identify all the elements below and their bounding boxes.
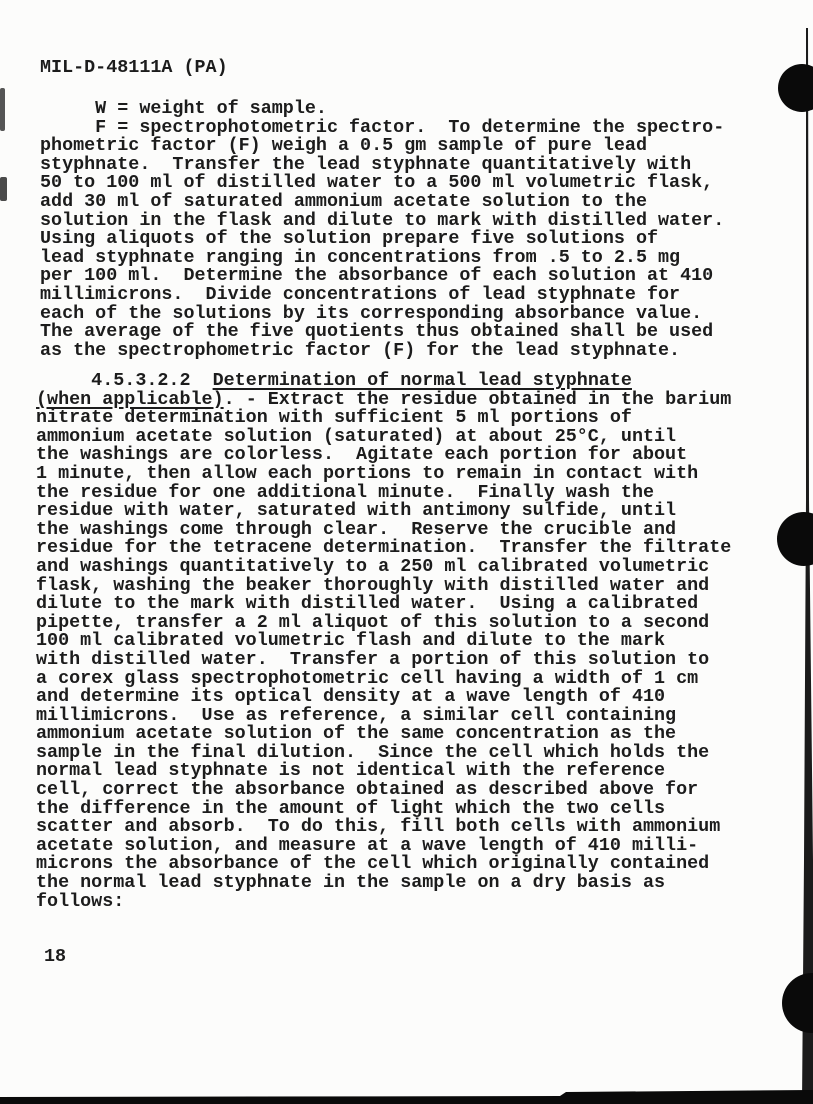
left-edge-mark-upper xyxy=(0,88,5,131)
page-edge-line xyxy=(802,28,813,1104)
left-edge-mark-lower xyxy=(0,177,7,201)
definitions-paragraph: W = weight of sample. F = spectrophotome… xyxy=(40,100,724,360)
section-body-text: . - Extract the residue obtained in the … xyxy=(36,389,731,912)
scanned-document-page: MIL-D-48111A (PA) W = weight of sample. … xyxy=(0,0,813,1104)
binder-hole-bottom-icon xyxy=(782,973,813,1033)
doc-number-header: MIL-D-48111A (PA) xyxy=(40,59,228,78)
bottom-scan-bar xyxy=(0,1090,813,1104)
binder-hole-middle-icon xyxy=(777,512,813,566)
binder-hole-top-icon xyxy=(778,64,813,112)
page-number: 18 xyxy=(44,948,66,967)
section-4-5-3-2-2-paragraph: 4.5.3.2.2 Determination of normal lead s… xyxy=(36,372,731,911)
